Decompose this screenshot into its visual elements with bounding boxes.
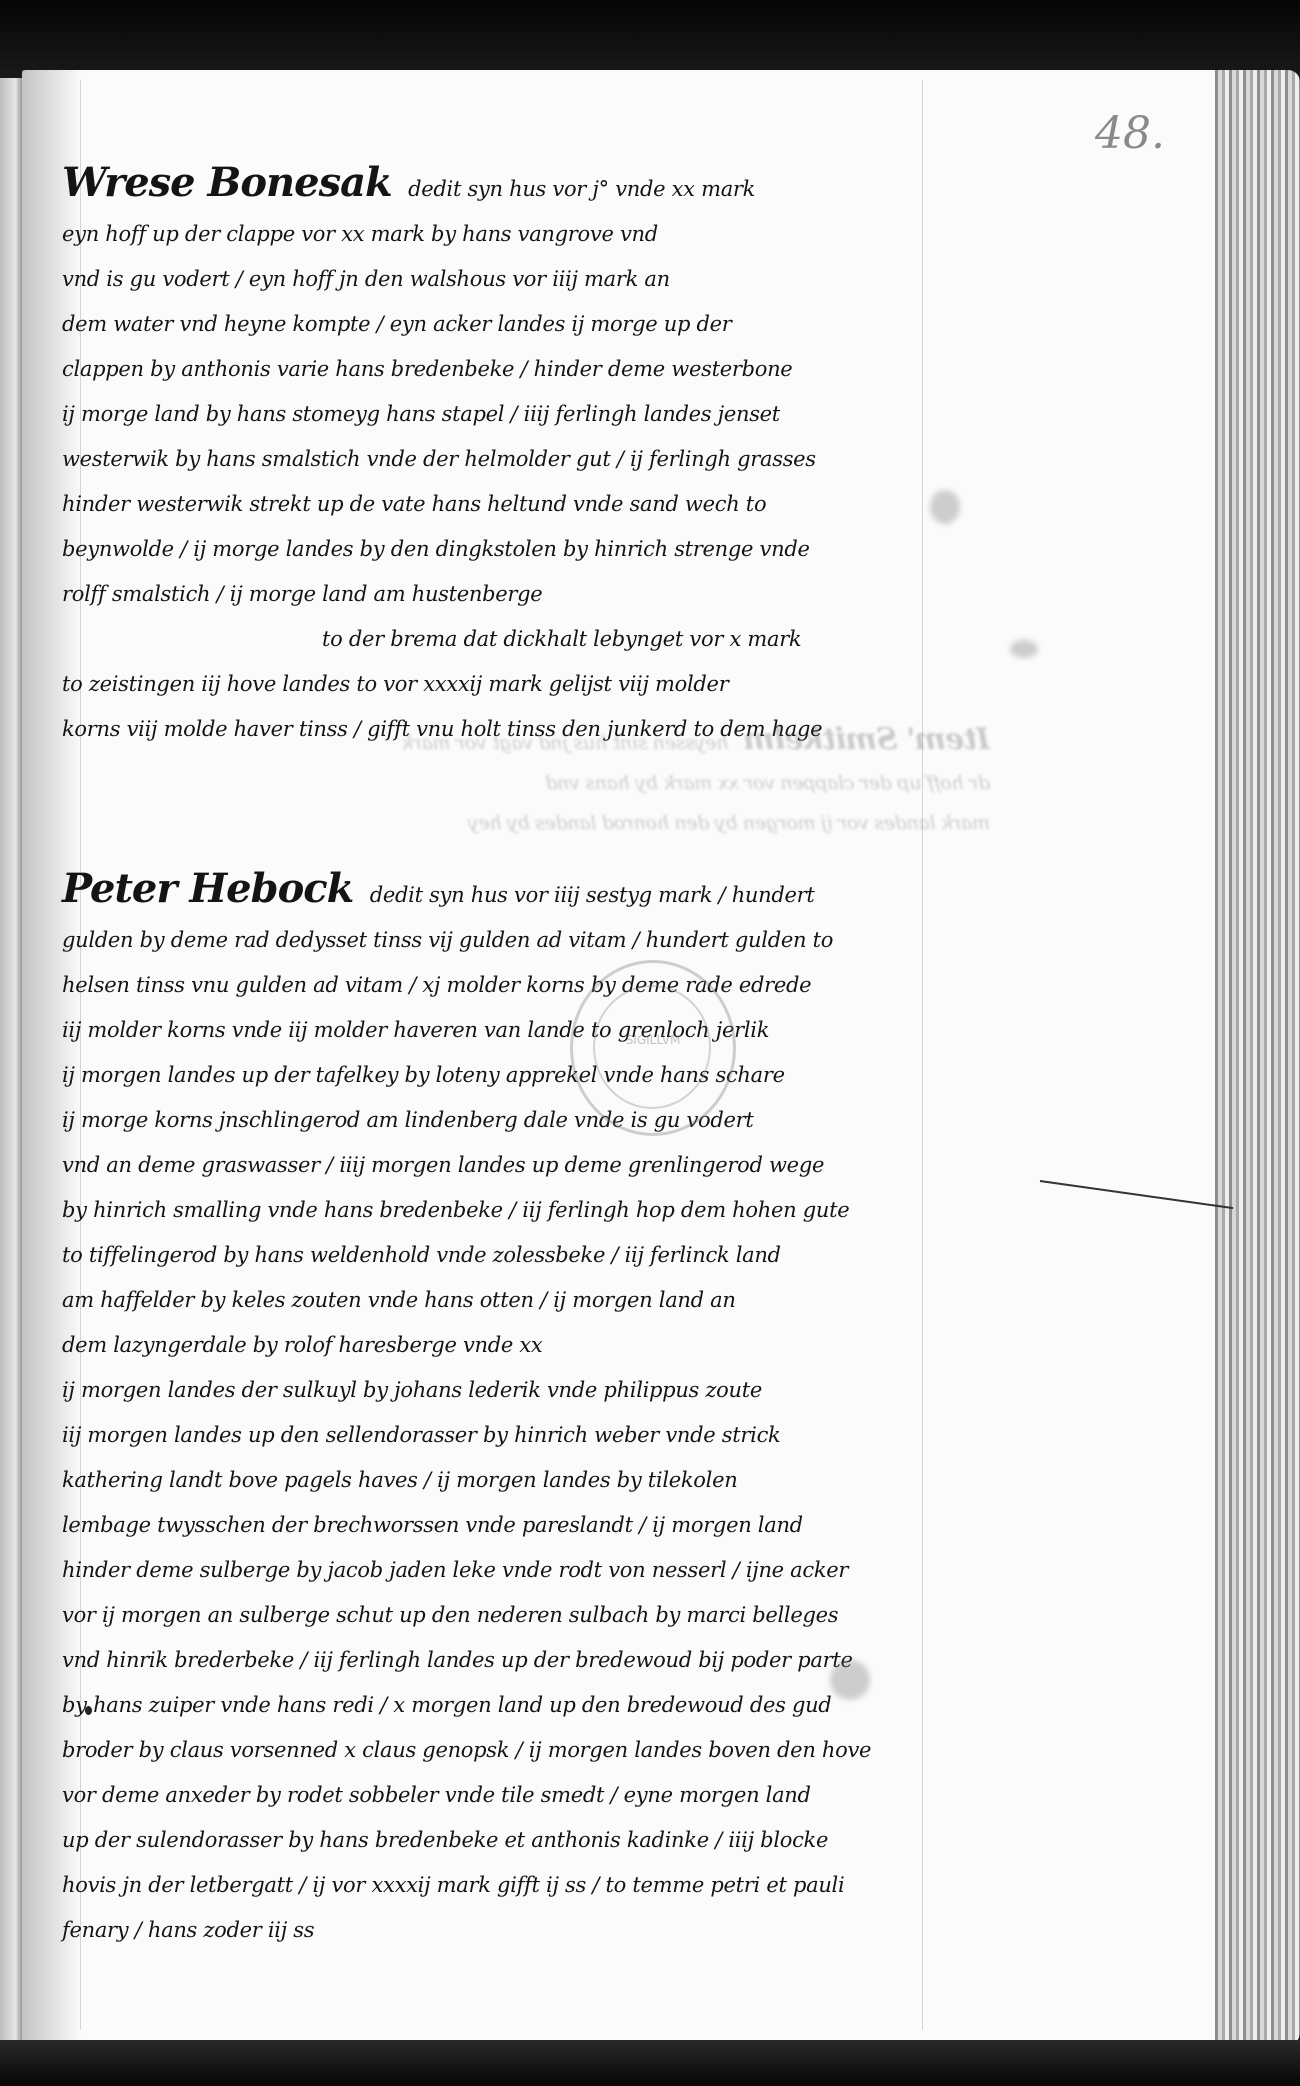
entry-heading: Peter Hebock	[62, 865, 353, 912]
library-stamp: SIGILLVM	[570, 960, 736, 1136]
entry-line: am haffelder by keles zouten vnde hans o…	[62, 1278, 871, 1323]
entry-first-line: Wrese Bonesak dedit syn hus vor j° vnde …	[62, 160, 822, 212]
entry-line-indented: to der brema dat dickhalt lebynget vor x…	[62, 617, 822, 662]
entry-line: gulden by deme rad dedysset tinss vij gu…	[62, 918, 871, 963]
entry-line: vnd is gu vodert / eyn hoff jn den walsh…	[62, 257, 822, 302]
page-stack-edges	[1215, 70, 1300, 2045]
entry-line: vor ij morgen an sulberge schut up den n…	[62, 1593, 871, 1638]
entry-line: ij morgen landes up der tafelkey by lote…	[62, 1053, 871, 1098]
entry-line: iij molder korns vnde iij molder haveren…	[62, 1008, 871, 1053]
ink-blot	[830, 1660, 870, 1700]
entry-line: ij morgen landes der sulkuyl by johans l…	[62, 1368, 871, 1413]
entry-line: eyn hoff up der clappe vor xx mark by ha…	[62, 212, 822, 257]
entry-line-text: dedit syn hus vor j° vnde xx mark	[408, 177, 755, 201]
bleed-line: heyssen sint hus jnd vagt vor mark	[402, 732, 729, 754]
scan-top-border	[0, 0, 1300, 80]
folio-number: 48.	[1095, 108, 1165, 159]
entry-line: hovis jn der letbergatt / ij vor xxxxij …	[62, 1863, 871, 1908]
entry-line: hinder westerwik strekt up de vate hans …	[62, 482, 822, 527]
entry-line: clappen by anthonis varie hans bredenbek…	[62, 347, 822, 392]
entry-line: helsen tinss vnu gulden ad vitam / xj mo…	[62, 963, 871, 1008]
entry-line: broder by claus vorsenned x claus genops…	[62, 1728, 871, 1773]
entry-line: ij morge korns jnschlingerod am lindenbe…	[62, 1098, 871, 1143]
stamp-inner-ring	[593, 985, 711, 1109]
entry-line: lembage twysschen der brechworssen vnde …	[62, 1503, 871, 1548]
bleed-line: dr hoff up der clappen vor xx mark by ha…	[70, 763, 990, 803]
entry-line: dem lazyngerdale by rolof haresberge vnd…	[62, 1323, 871, 1368]
entry-line-text: dedit syn hus vor iiij sestyg mark / hun…	[370, 883, 815, 907]
bleed-through-text: Item' Smitkelm heyssen sint hus jnd vagt…	[70, 720, 990, 843]
entry-line: hinder deme sulberge by jacob jaden leke…	[62, 1548, 871, 1593]
scan-bottom-border	[0, 2040, 1300, 2086]
margin-ruling-right	[922, 80, 923, 2030]
entry-line: fenary / hans zoder iij ss	[62, 1908, 871, 1953]
entry-first-line: Peter Hebock dedit syn hus vor iiij sest…	[62, 866, 871, 918]
ink-dot	[85, 1706, 92, 1715]
bleed-heading: Item' Smitkelm	[744, 722, 990, 757]
entry-line: vor deme anxeder by rodet sobbeler vnde …	[62, 1773, 871, 1818]
entry-line: up der sulendorasser by hans bredenbeke …	[62, 1818, 871, 1863]
entry-line: vnd hinrik brederbeke / iij ferlingh lan…	[62, 1638, 871, 1683]
entry-heading: Wrese Bonesak	[62, 159, 392, 206]
entry-line: to zeistingen iij hove landes to vor xxx…	[62, 662, 822, 707]
register-entry: Wrese Bonesak dedit syn hus vor j° vnde …	[62, 160, 822, 752]
entry-line: to tiffelingerod by hans weldenhold vnde…	[62, 1233, 871, 1278]
entry-line: westerwik by hans smalstich vnde der hel…	[62, 437, 822, 482]
ink-blot	[930, 490, 960, 524]
entry-line: vnd an deme graswasser / iiij morgen lan…	[62, 1143, 871, 1188]
register-entry: Peter Hebock dedit syn hus vor iiij sest…	[62, 866, 871, 1953]
entry-line: dem water vnd heyne kompte / eyn acker l…	[62, 302, 822, 347]
ink-blot	[1010, 640, 1038, 658]
entry-line: kathering landt bove pagels haves / ij m…	[62, 1458, 871, 1503]
entry-line: by hinrich smalling vnde hans bredenbeke…	[62, 1188, 871, 1233]
stamp-text: SIGILLVM	[573, 1033, 733, 1047]
entry-line: ij morge land by hans stomeyg hans stape…	[62, 392, 822, 437]
facing-page-edge	[0, 78, 22, 2044]
entry-line: iij morgen landes up den sellendorasser …	[62, 1413, 871, 1458]
bleed-line: mark landes vor ij morgen by den honrod …	[70, 803, 990, 843]
entry-line: by hans zuiper vnde hans redi / x morgen…	[62, 1683, 871, 1728]
entry-line: rolff smalstich / ij morge land am huste…	[62, 572, 822, 617]
entry-line: beynwolde / ij morge landes by den dingk…	[62, 527, 822, 572]
